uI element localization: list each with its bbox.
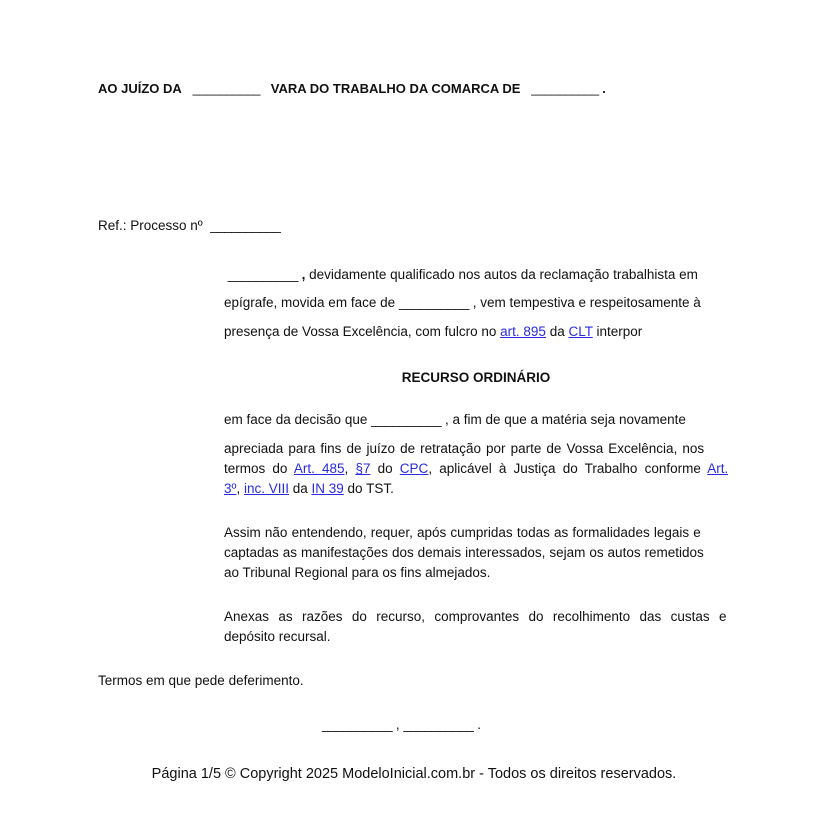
ref-blank: __________: [210, 218, 280, 233]
date-blank: __________: [403, 717, 473, 732]
respondent-blank: __________: [399, 295, 469, 310]
decision-line3d: , aplicável à Justiça do Trabalho confor…: [428, 461, 707, 476]
intro-line3c: interpor: [593, 324, 643, 339]
decision-blank: __________: [371, 412, 441, 427]
link-inc-viii[interactable]: inc. VIII: [244, 481, 289, 496]
signature-place-date: __________ , __________ .: [322, 717, 481, 732]
section-title: RECURSO ORDINÁRIO: [0, 370, 828, 385]
sep: do: [370, 461, 399, 476]
link-art-3-num[interactable]: 3º: [224, 481, 236, 496]
process-reference: Ref.: Processo nº __________: [98, 218, 280, 233]
sep: ,: [236, 481, 244, 496]
intro-line1: devidamente qualificado nos autos da rec…: [305, 267, 697, 282]
paragraph-assim: Assim não entendendo, requer, após cumpr…: [224, 525, 728, 585]
appellant-blank: __________: [228, 267, 298, 282]
heading-middle: VARA DO TRABALHO DA COMARCA DE: [271, 81, 521, 96]
sep: .: [473, 717, 481, 732]
assim-line3: ao Tribunal Regional para os fins almeja…: [224, 565, 728, 585]
intro-line2b: , vem tempestiva e respeitosamente à: [469, 295, 701, 310]
link-art-3[interactable]: Art.: [707, 461, 728, 476]
decision-paragraph: em face da decisão que __________ , a fi…: [224, 412, 728, 501]
intro-line3a: presença de Vossa Excelência, com fulcro…: [224, 324, 500, 339]
link-in-39[interactable]: IN 39: [312, 481, 344, 496]
sep: ,: [345, 461, 356, 476]
assim-line1: Assim não entendendo, requer, após cumpr…: [224, 525, 728, 545]
page-footer: Página 1/5 © Copyright 2025 ModeloInicia…: [0, 766, 828, 782]
decision-line2: apreciada para fins de juízo de retrataç…: [224, 441, 704, 456]
link-clt[interactable]: CLT: [568, 324, 592, 339]
heading-prefix: AO JUÍZO DA: [98, 81, 182, 96]
intro-line3b: da: [546, 324, 569, 339]
decision-line4c: do TST.: [344, 481, 394, 496]
anexas-line2: depósito recursal.: [224, 629, 728, 649]
link-cpc[interactable]: CPC: [400, 461, 429, 476]
sep: ,: [392, 717, 403, 732]
court-heading: AO JUÍZO DA __________ VARA DO TRABALHO …: [98, 81, 606, 96]
heading-blank-comarca: __________: [531, 81, 598, 96]
intro-line2a: epígrafe, movida em face de: [224, 295, 399, 310]
link-art-895[interactable]: art. 895: [500, 324, 546, 339]
decision-line1a: em face da decisão que: [224, 412, 371, 427]
link-art-485[interactable]: Art. 485: [294, 461, 345, 476]
city-blank: __________: [322, 717, 392, 732]
decision-line3a: termos do: [224, 461, 294, 476]
intro-paragraph: __________ , devidamente qualificado nos…: [224, 267, 728, 344]
closing-text: Termos em que pede deferimento.: [98, 673, 304, 688]
assim-line2: captadas as manifestações dos demais int…: [224, 545, 728, 565]
ref-label: Ref.: Processo nº: [98, 218, 203, 233]
link-paragraph-7[interactable]: §7: [355, 461, 370, 476]
sep: da: [289, 481, 312, 496]
anexas-line1: Anexas as razões do recurso, comprovante…: [224, 609, 728, 629]
decision-line1b: , a fim de que a matéria seja novamente: [441, 412, 686, 427]
paragraph-anexas: Anexas as razões do recurso, comprovante…: [224, 609, 728, 649]
heading-suffix: .: [602, 81, 606, 96]
heading-blank-court: __________: [193, 81, 260, 96]
